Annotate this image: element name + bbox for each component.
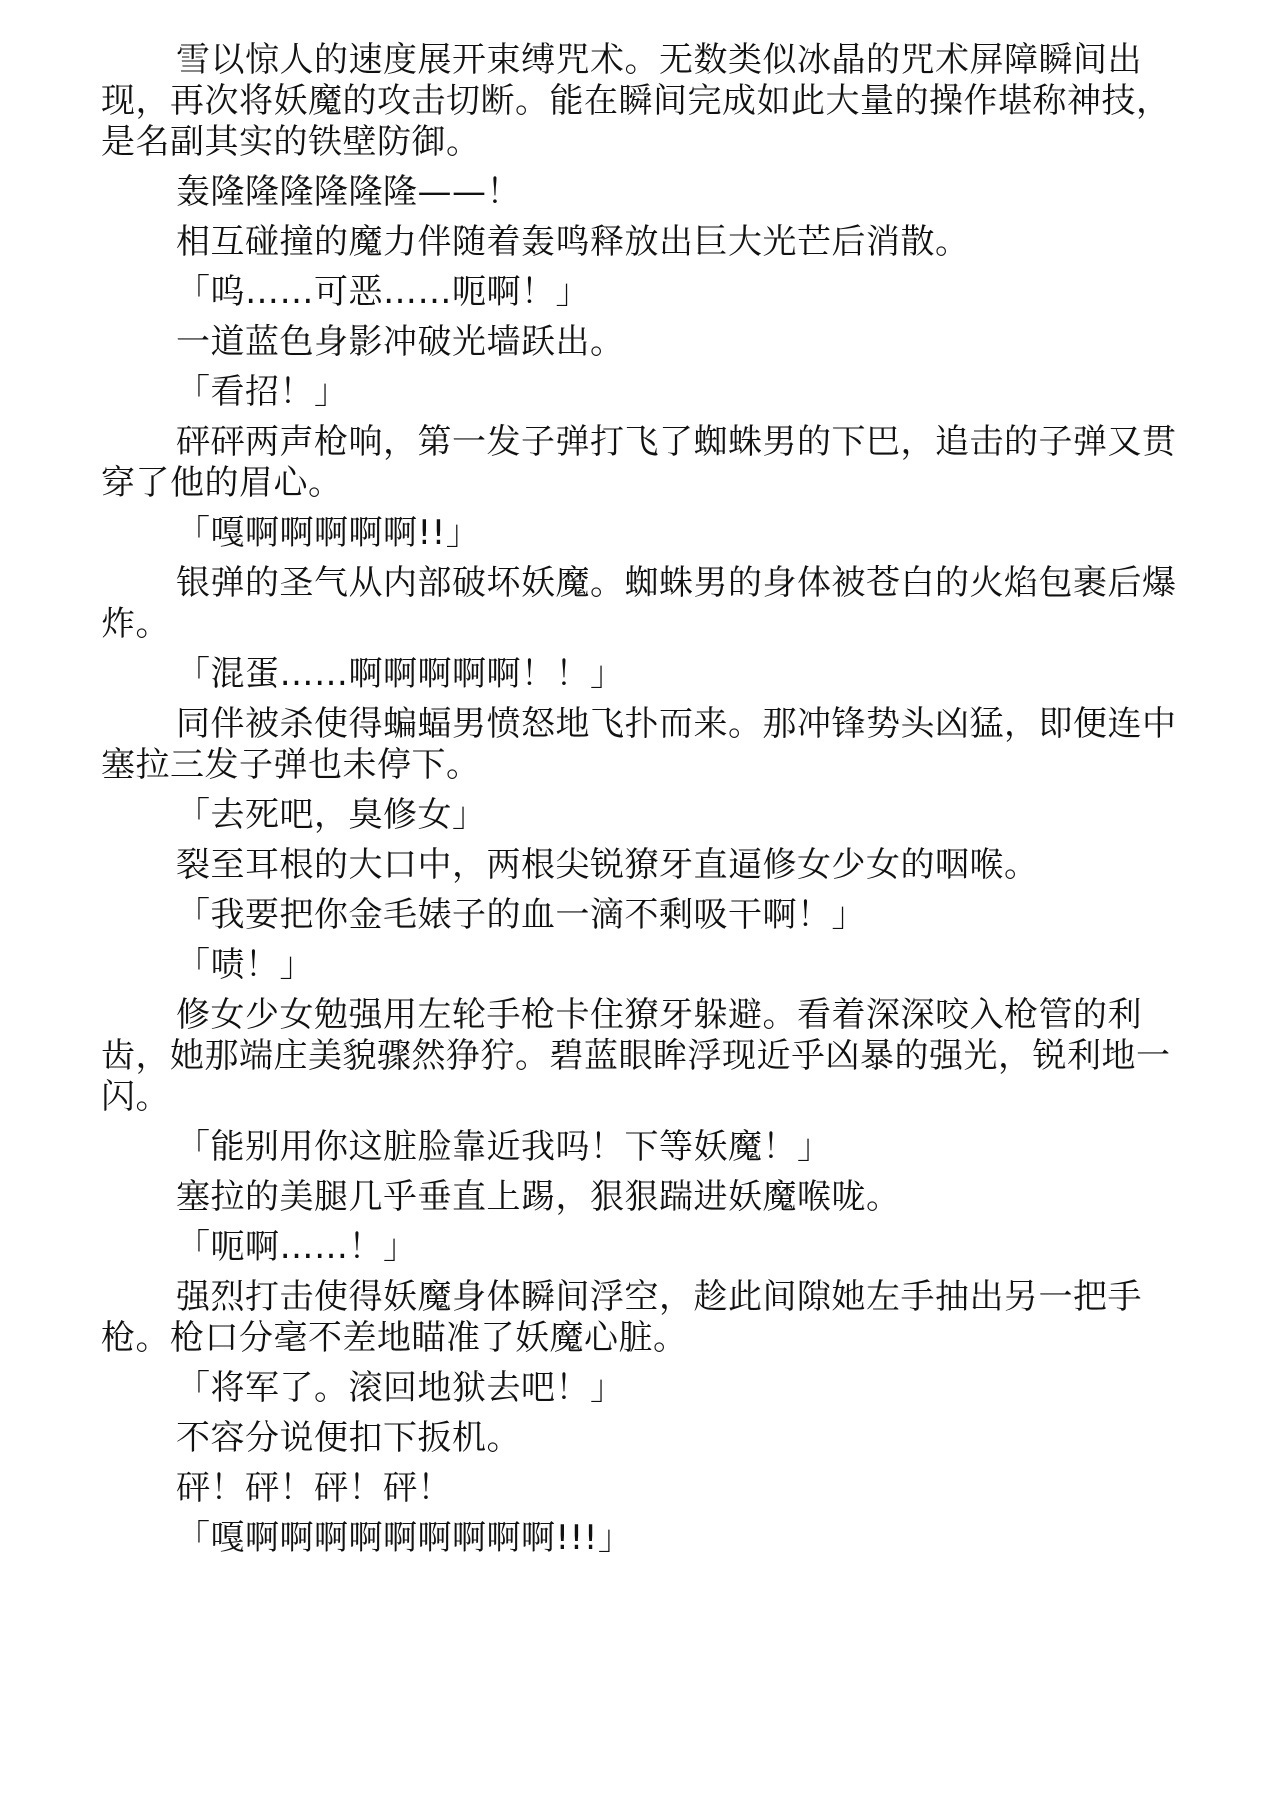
paragraph-dialog: 「呜……可恶……呃啊！」	[101, 272, 1191, 313]
paragraph-dialog: 「啧！」	[101, 945, 1191, 986]
paragraph-dialog: 「我要把你金毛婊子的血一滴不剩吸干啊！」	[101, 895, 1191, 936]
paragraph-dialog: 「能别用你这脏脸靠近我吗！下等妖魔！」	[101, 1127, 1191, 1168]
document-page: 雪以惊人的速度展开束缚咒术。无数类似冰晶的咒术屏障瞬间出现，再次将妖魔的攻击切断…	[101, 40, 1191, 1568]
paragraph-narration: 修女少女勉强用左轮手枪卡住獠牙躲避。看着深深咬入枪管的利齿，她那端庄美貌骤然狰狞…	[101, 995, 1191, 1118]
paragraph-dialog: 「嘎啊啊啊啊啊!!」	[101, 513, 1191, 554]
paragraph-narration: 一道蓝色身影冲破光墙跃出。	[101, 322, 1191, 363]
paragraph-dialog: 「混蛋……啊啊啊啊啊！！」	[101, 654, 1191, 695]
paragraph-dialog: 「看招！」	[101, 372, 1191, 413]
paragraph-narration: 银弹的圣气从内部破坏妖魔。蜘蛛男的身体被苍白的火焰包裹后爆炸。	[101, 563, 1191, 645]
paragraph-narration: 不容分说便扣下扳机。	[101, 1418, 1191, 1459]
paragraph-dialog: 「呃啊……！」	[101, 1227, 1191, 1268]
paragraph-dialog: 「嘎啊啊啊啊啊啊啊啊啊!!!」	[101, 1518, 1191, 1559]
paragraph-narration: 相互碰撞的魔力伴随着轰鸣释放出巨大光芒后消散。	[101, 222, 1191, 263]
paragraph-narration: 塞拉的美腿几乎垂直上踢，狠狠踹进妖魔喉咙。	[101, 1177, 1191, 1218]
paragraph-narration: 同伴被杀使得蝙蝠男愤怒地飞扑而来。那冲锋势头凶猛，即便连中塞拉三发子弹也未停下。	[101, 704, 1191, 786]
paragraph-dialog: 「将军了。滚回地狱去吧！」	[101, 1368, 1191, 1409]
paragraph-sound-effect: 砰！砰！砰！砰！	[101, 1468, 1191, 1509]
paragraph-narration: 砰砰两声枪响，第一发子弹打飞了蜘蛛男的下巴，追击的子弹又贯穿了他的眉心。	[101, 422, 1191, 504]
paragraph-narration: 强烈打击使得妖魔身体瞬间浮空，趁此间隙她左手抽出另一把手枪。枪口分毫不差地瞄准了…	[101, 1277, 1191, 1359]
paragraph-sound-effect: 轰隆隆隆隆隆隆——！	[101, 172, 1191, 213]
paragraph-dialog: 「去死吧，臭修女」	[101, 795, 1191, 836]
paragraph-narration: 裂至耳根的大口中，两根尖锐獠牙直逼修女少女的咽喉。	[101, 845, 1191, 886]
paragraph-narration: 雪以惊人的速度展开束缚咒术。无数类似冰晶的咒术屏障瞬间出现，再次将妖魔的攻击切断…	[101, 40, 1191, 163]
